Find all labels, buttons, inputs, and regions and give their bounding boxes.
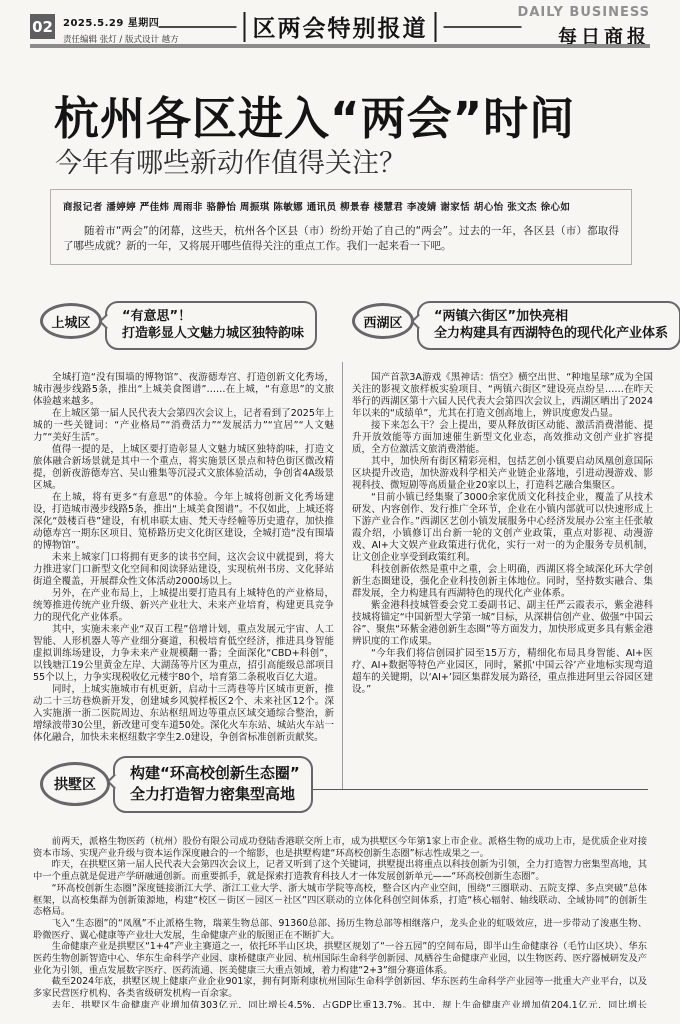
byline: 商报记者 潘婷婷 严佳炜 周雨非 骆静怡 周振琪 陈敏娜 通讯员 柳景春 楼慧君… (63, 199, 619, 213)
body-paragraph: 其中，实施未来产业“双百工程”倍增计划，重点发展元宇宙、人工智能、人形机器人等产… (33, 624, 334, 684)
section-header-shangcheng: 上城区 “有意思”！ 打造彰显人文魅力城区独特韵味 (40, 301, 317, 350)
body-paragraph: 全城打造“没有围墙的博物馆”、夜游德寿宫、打造创新文化秀场，城市漫步线路5条，推… (33, 372, 334, 408)
section-title-bubble: 构建“环高校创新生态圈” 全力打造智力密集型高地 (113, 756, 313, 813)
section-body-xihu: 国产首款3A游戏《黑神话：悟空》横空出世、“种地星球”成为全国关注的影视文旅样板… (352, 372, 653, 780)
body-paragraph: 国产首款3A游戏《黑神话：悟空》横空出世、“种地星球”成为全国关注的影视文旅样板… (352, 372, 653, 420)
body-paragraph: 在上城区第一届人民代表大会第四次会议上，记者看到了2025年上城的一些关键词：“… (33, 408, 334, 444)
banner-right-line (444, 26, 522, 28)
section-divider (302, 789, 648, 790)
body-paragraph: 前两天，派格生物医药（杭州）股份有限公司成功登陆香港联交所上市，成为拱墅区今年第… (33, 836, 647, 859)
section-title-bubble: “两镇六街区”加快亮相 全力构建具有西湖特色的现代化产业体系 (417, 301, 680, 350)
body-paragraph: 截至2024年底，拱墅区规上健康产业企业901家，拥有阿斯利康杭州国际生命科学创… (33, 976, 647, 999)
body-paragraph: 科技创新依然是重中之重，会上明确，西湖区将全域深化环大学创新生态圈建设，强化企业… (352, 564, 653, 600)
section-title-bubble: “有意思”！ 打造彰显人文魅力城区独特韵味 (105, 301, 317, 350)
masthead: DAILY BUSINESS 每日商报 (518, 5, 650, 49)
section-title-line1: “两镇六街区”加快亮相 (434, 308, 668, 325)
body-paragraph: 另外，在产业布局上，上城提出要打造具有上城特色的产业格局，统筹推进传统产业升级、… (33, 588, 334, 624)
newspaper-page: 02 2025.5.29 星期四 责任编辑 张灯 / 版式设计 越方 区两会特别… (0, 0, 680, 1024)
banner-right-bar (435, 12, 437, 42)
column-divider (342, 362, 343, 790)
masthead-english: DAILY BUSINESS (518, 5, 650, 20)
body-paragraph: 生命健康产业是拱墅区“1+4”产业主赛道之一，依托环半山区块，拱墅区规划了“一谷… (33, 941, 647, 976)
section-banner-group: 区两会特别报道 (159, 10, 522, 43)
page-number: 02 (30, 14, 55, 39)
section-body-gongshu: 前两天，派格生物医药（杭州）股份有限公司成功登陆香港联交所上市，成为拱墅区今年第… (33, 836, 647, 1008)
body-paragraph: 在上城，将有更多“有意思”的体验。今年上城将创新文化秀场建设，打造城市漫步线路5… (33, 492, 334, 552)
district-badge-shangcheng: 上城区 (40, 303, 102, 339)
section-title-line2: 全力构建具有西湖特色的现代化产业体系 (434, 325, 668, 342)
section-title-line1: “有意思”！ (122, 308, 304, 325)
body-paragraph: 同时，上城实施城市有机更新，启动十三湾巷等片区城市更新，推动二十三坊巷焕新开发，… (33, 684, 334, 744)
body-paragraph: 值得一提的是，上城区要打造彰显人文魅力城区独特韵味，打造文旅体融合新场景就是其中… (33, 444, 334, 492)
header-rule (30, 44, 650, 48)
body-paragraph: “目前小镇已经集聚了3000余家优质文化科技企业，覆盖了从技术研发、内容创作、发… (352, 492, 653, 564)
intro-paragraph: 随着市“两会”的闭幕，这些天，杭州各个区县（市）纷纷开始了自己的“两会”。过去的… (63, 224, 619, 254)
body-paragraph: 其中，加快所有街区精彩亮相，包括艺创小镇要启动凤凰创意国际区块提升改造，加快游戏… (352, 456, 653, 492)
banner-left-line (159, 26, 237, 28)
body-paragraph: 接下来怎么干？会上提出，要从释放街区动能、激活消费潜能、提升开放效能等方面加速催… (352, 420, 653, 456)
section-body-shangcheng: 全城打造“没有围墙的博物馆”、夜游德寿宫、打造创新文化秀场，城市漫步线路5条，推… (33, 372, 334, 760)
district-badge-xihu: 西湖区 (352, 303, 414, 339)
section-header-xihu: 西湖区 “两镇六街区”加快亮相 全力构建具有西湖特色的现代化产业体系 (352, 301, 680, 350)
district-badge-gongshu: 拱墅区 (40, 762, 110, 806)
section-title-line1: 构建“环高校创新生态圈” (130, 763, 300, 784)
body-paragraph: 去年，拱墅区生命健康产业增加值303亿元，同比增长4.5%，占GDP比重13.7… (33, 1000, 647, 1008)
body-paragraph: 昨天，在拱墅区第一届人民代表大会第四次会议上，记者又听到了这个关键词，拱墅提出将… (33, 859, 647, 882)
body-paragraph: 紫金港科技城管委会党工委副书记、副主任严云霞表示，紫金港科技城将锚定“中国新型大… (352, 600, 653, 648)
body-paragraph: 飞入“生态圈”的“凤凰”不止派格生物，瑞莱生物总部、91360总部、扬历生物总部… (33, 918, 647, 941)
lede-box: 商报记者 潘婷婷 严佳炜 周雨非 骆静怡 周振琪 陈敏娜 通讯员 柳景春 楼慧君… (50, 189, 632, 265)
section-title-line2: 打造彰显人文魅力城区独特韵味 (122, 325, 304, 342)
main-headline: 杭州各区进入“两会”时间 (54, 82, 575, 147)
section-title-line2: 全力打造智力密集型高地 (130, 784, 300, 805)
banner-left-bar (244, 12, 246, 42)
body-paragraph: “环高校创新生态圈”深度链接浙江大学、浙江工业大学、浙大城市学院等高校，整合区内… (33, 883, 647, 918)
section-header-gongshu: 拱墅区 构建“环高校创新生态圈” 全力打造智力密集型高地 (40, 756, 313, 813)
body-paragraph: 未来上城家门口将拥有更多的读书空间，这次会议中就提到，将大力推进家门口新型文化空… (33, 552, 334, 588)
page-header-left: 02 2025.5.29 星期四 责任编辑 张灯 / 版式设计 越方 (30, 14, 179, 45)
sub-headline: 今年有哪些新动作值得关注？ (55, 141, 406, 180)
section-banner: 区两会特别报道 (253, 10, 428, 43)
body-paragraph: “今年我们将信创园扩园至15万方，精细化布局具身智能、AI+医疗、AI+数据等特… (352, 648, 653, 696)
